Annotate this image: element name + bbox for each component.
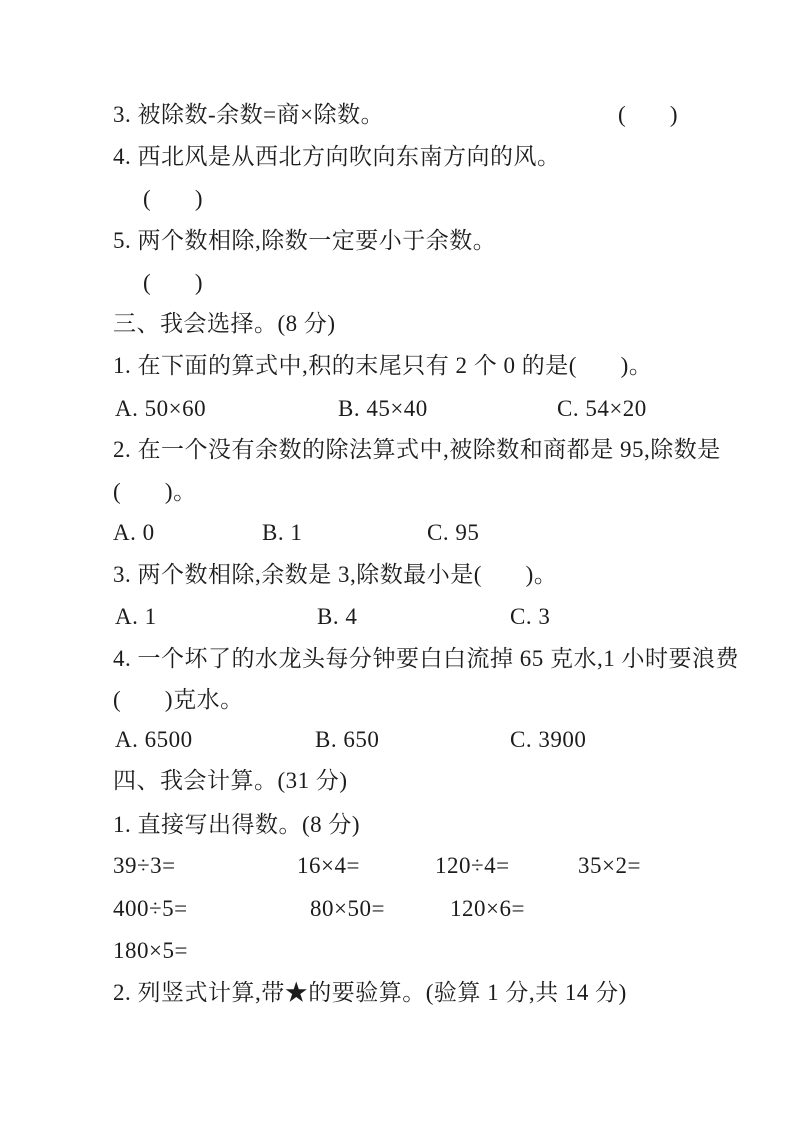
choice-q2-text-line1: 2. 在一个没有余数的除法算式中,被除数和商都是 95,除数是 bbox=[113, 435, 721, 465]
choice-section-header: 三、我会选择。(8 分) bbox=[0, 309, 793, 341]
judge-item-3-answer-blank: ( ) bbox=[618, 100, 678, 130]
judge-item-4-answer-blank: ( ) bbox=[143, 184, 203, 214]
oral-expression: 80×50= bbox=[310, 894, 385, 924]
calc-section-title: 四、我会计算。(31 分) bbox=[113, 766, 348, 796]
choice-q3-option-a: A. 1 bbox=[115, 602, 157, 632]
choice-q1-option-a: A. 50×60 bbox=[115, 394, 206, 424]
worksheet-page: 3. 被除数-余数=商×除数。 ( ) 4. 西北风是从西北方向吹向东南方向的风… bbox=[0, 0, 793, 1122]
choice-q2-line2: ( )。 bbox=[0, 477, 793, 509]
choice-q4-line2: ( )克水。 bbox=[0, 685, 793, 717]
choice-q4-option-a: A. 6500 bbox=[115, 725, 193, 755]
oral-expression: 16×4= bbox=[297, 851, 360, 881]
judge-item-5-text: 5. 两个数相除,除数一定要小于余数。 bbox=[113, 226, 496, 256]
calc-vertical-title: 2. 列竖式计算,带★的要验算。(验算 1 分,共 14 分) bbox=[113, 978, 627, 1008]
choice-q1-option-b: B. 45×40 bbox=[338, 394, 428, 424]
choice-q2-text-line2: ( )。 bbox=[113, 477, 197, 507]
choice-q2-option-a: A. 0 bbox=[113, 518, 155, 548]
judge-item-3: 3. 被除数-余数=商×除数。 ( ) bbox=[0, 100, 793, 132]
judge-item-3-text: 3. 被除数-余数=商×除数。 bbox=[113, 100, 384, 130]
choice-q3-option-c: C. 3 bbox=[510, 602, 550, 632]
calc-oral-title: 1. 直接写出得数。(8 分) bbox=[113, 810, 360, 840]
choice-q2-line1: 2. 在一个没有余数的除法算式中,被除数和商都是 95,除数是 bbox=[0, 435, 793, 467]
choice-q2-option-c: C. 95 bbox=[427, 518, 479, 548]
choice-q4-option-c: C. 3900 bbox=[510, 725, 586, 755]
choice-q4-option-b: B. 650 bbox=[315, 725, 379, 755]
judge-item-4: 4. 西北风是从西北方向吹向东南方向的风。 bbox=[0, 142, 793, 174]
oral-expression: 180×5= bbox=[113, 936, 188, 966]
oral-expression: 35×2= bbox=[578, 851, 641, 881]
choice-q3-options: A. 1 B. 4 C. 3 bbox=[0, 602, 793, 634]
choice-q4-options: A. 6500 B. 650 C. 3900 bbox=[0, 725, 793, 757]
choice-q1-option-c: C. 54×20 bbox=[557, 394, 647, 424]
oral-expression: 400÷5= bbox=[113, 894, 188, 924]
calc-oral-header: 1. 直接写出得数。(8 分) bbox=[0, 810, 793, 842]
calc-vertical-header: 2. 列竖式计算,带★的要验算。(验算 1 分,共 14 分) bbox=[0, 978, 793, 1010]
choice-q1: 1. 在下面的算式中,积的末尾只有 2 个 0 的是( )。 bbox=[0, 351, 793, 383]
choice-q1-text: 1. 在下面的算式中,积的末尾只有 2 个 0 的是( )。 bbox=[113, 351, 652, 381]
oral-expression: 120÷4= bbox=[435, 851, 510, 881]
calc-oral-row-3: 180×5= bbox=[0, 936, 793, 968]
judge-item-5-blank-line: ( ) bbox=[0, 268, 793, 300]
choice-q4-text-line1: 4. 一个坏了的水龙头每分钟要白白流掉 65 克水,1 小时要浪费 bbox=[113, 644, 739, 674]
oral-expression: 120×6= bbox=[450, 894, 525, 924]
choice-q1-options: A. 50×60 B. 45×40 C. 54×20 bbox=[0, 394, 793, 426]
calc-oral-row-2: 400÷5= 80×50= 120×6= bbox=[0, 894, 793, 926]
choice-q4-text-line2: ( )克水。 bbox=[113, 685, 244, 715]
choice-section-title: 三、我会选择。(8 分) bbox=[113, 309, 336, 339]
choice-q2-options: A. 0 B. 1 C. 95 bbox=[0, 518, 793, 550]
judge-item-4-text: 4. 西北风是从西北方向吹向东南方向的风。 bbox=[113, 142, 561, 172]
choice-q3: 3. 两个数相除,余数是 3,除数最小是( )。 bbox=[0, 560, 793, 592]
choice-q3-option-b: B. 4 bbox=[317, 602, 357, 632]
judge-item-4-blank-line: ( ) bbox=[0, 184, 793, 216]
choice-q2-option-b: B. 1 bbox=[262, 518, 302, 548]
judge-item-5-answer-blank: ( ) bbox=[143, 268, 203, 298]
choice-q3-text: 3. 两个数相除,余数是 3,除数最小是( )。 bbox=[113, 560, 557, 590]
choice-q4-line1: 4. 一个坏了的水龙头每分钟要白白流掉 65 克水,1 小时要浪费 bbox=[0, 644, 793, 676]
judge-item-5: 5. 两个数相除,除数一定要小于余数。 bbox=[0, 226, 793, 258]
oral-expression: 39÷3= bbox=[113, 851, 176, 881]
calc-section-header: 四、我会计算。(31 分) bbox=[0, 766, 793, 798]
calc-oral-row-1: 39÷3= 16×4= 120÷4= 35×2= bbox=[0, 851, 793, 883]
